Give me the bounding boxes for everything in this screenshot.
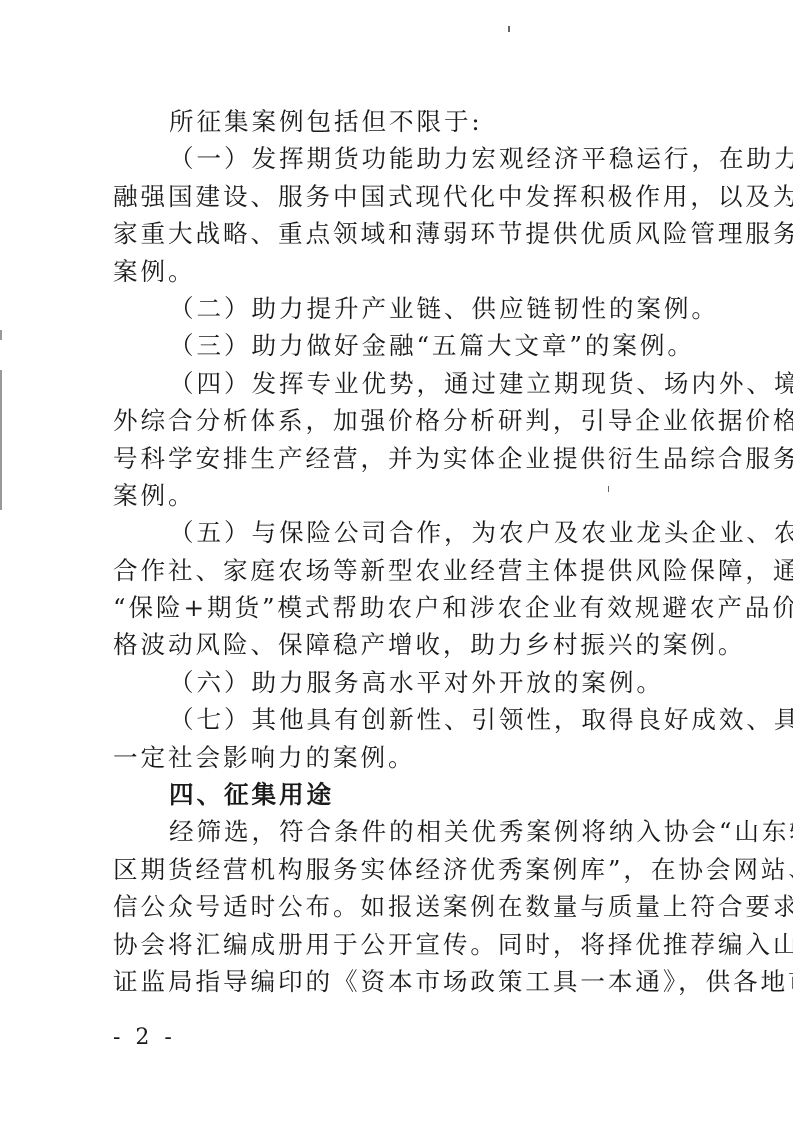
item-line: 外综合分析体系，加强价格分析研判，引导企业依据价格信 xyxy=(113,402,673,439)
item-line: （二）助力提升产业链、供应链韧性的案例。 xyxy=(113,290,673,327)
item-line: 案例。 xyxy=(113,253,673,290)
section-heading: 四、征集用途 xyxy=(113,776,673,813)
item-line: 合作社、家庭农场等新型农业经营主体提供风险保障，通过 xyxy=(113,552,673,589)
item-3: （三）助力做好金融“五篇大文章”的案例。 xyxy=(113,327,673,364)
item-line: （四）发挥专业优势，通过建立期现货、场内外、境内 xyxy=(113,365,673,402)
item-line: “保险+期货”模式帮助农户和涉农企业有效规避农产品价 xyxy=(113,589,673,626)
item-line: （五）与保险公司合作，为农户及农业龙头企业、农村 xyxy=(113,514,673,551)
item-line: 融强国建设、服务中国式现代化中发挥积极作用，以及为国 xyxy=(113,178,673,215)
item-line: 案例。 xyxy=(113,477,673,514)
item-line: （一）发挥期货功能助力宏观经济平稳运行，在助力金 xyxy=(113,140,673,177)
body-line: 证监局指导编印的《资本市场政策工具一本通》，供各地市及 xyxy=(113,963,673,1000)
scan-edge-mark xyxy=(0,370,2,510)
intro-line: 所征集案例包括但不限于: xyxy=(113,103,673,140)
body-line: 区期货经营机构服务实体经济优秀案例库”，在协会网站、微 xyxy=(113,851,673,888)
section-body: 经筛选，符合条件的相关优秀案例将纳入协会“山东辖 区期货经营机构服务实体经济优秀… xyxy=(113,813,673,1000)
scan-edge-mark xyxy=(0,330,2,340)
item-4: （四）发挥专业优势，通过建立期现货、场内外、境内 外综合分析体系，加强价格分析研… xyxy=(113,365,673,515)
item-2: （二）助力提升产业链、供应链韧性的案例。 xyxy=(113,290,673,327)
item-line: 号科学安排生产经营，并为实体企业提供衍生品综合服务的 xyxy=(113,440,673,477)
item-line: （七）其他具有创新性、引领性，取得良好成效、具有 xyxy=(113,701,673,738)
document-page: 所征集案例包括但不限于: （一）发挥期货功能助力宏观经济平稳运行，在助力金 融强… xyxy=(113,103,673,1000)
item-1: （一）发挥期货功能助力宏观经济平稳运行，在助力金 融强国建设、服务中国式现代化中… xyxy=(113,140,673,290)
item-line: 格波动风险、保障稳产增收，助力乡村振兴的案例。 xyxy=(113,626,673,663)
item-line: （六）助力服务高水平对外开放的案例。 xyxy=(113,664,673,701)
item-7: （七）其他具有创新性、引领性，取得良好成效、具有 一定社会影响力的案例。 xyxy=(113,701,673,776)
item-6: （六）助力服务高水平对外开放的案例。 xyxy=(113,664,673,701)
body-line: 经筛选，符合条件的相关优秀案例将纳入协会“山东辖 xyxy=(113,813,673,850)
body-line: 协会将汇编成册用于公开宣传。同时，将择优推荐编入山东 xyxy=(113,926,673,963)
item-line: （三）助力做好金融“五篇大文章”的案例。 xyxy=(113,327,673,364)
item-line: 一定社会影响力的案例。 xyxy=(113,739,673,776)
body-line: 信公众号适时公布。如报送案例在数量与质量上符合要求， xyxy=(113,888,673,925)
scan-speck xyxy=(508,26,510,32)
item-line: 家重大战略、重点领域和薄弱环节提供优质风险管理服务的 xyxy=(113,215,673,252)
page-number: - 2 - xyxy=(113,1025,176,1050)
item-5: （五）与保险公司合作，为农户及农业龙头企业、农村 合作社、家庭农场等新型农业经营… xyxy=(113,514,673,664)
